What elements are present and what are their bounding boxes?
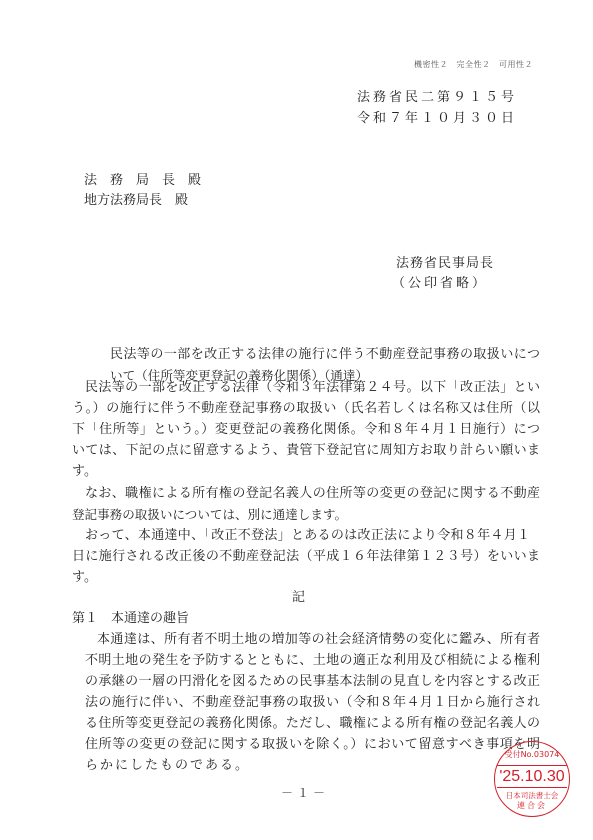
stamp-organization-suffix: 連合会 — [495, 800, 569, 811]
addressee-district-bureau: 地方法務局長 殿 — [84, 193, 188, 208]
document-number: 法務省民二第９１５号 — [357, 90, 517, 105]
section-1-line: 住所等の変更の登記に関する取扱いを除く。）において留意すべき事項を明 — [85, 737, 540, 752]
section-1-heading: 第１ 本通達の趣旨 — [72, 611, 189, 626]
body-line: いては、下記の点に留意するよう、貴管下登記官に周知方お取り計らい願いま — [72, 443, 540, 458]
document-title-line: 民法等の一部を改正する法律の施行に伴う不動産登記事務の取扱いにつ — [110, 347, 540, 362]
sender-name: 法務省民事局長 — [396, 256, 494, 271]
body-line: なお、職権による所有権の登記名義人の住所等の変更の登記に関する不動産 — [85, 486, 540, 501]
page-number: －１－ — [281, 784, 329, 801]
stamp-receipt-number: 受付No.03074 — [495, 749, 569, 760]
body-line: う。）の施行に伴う不動産登記事務の取扱い（氏名若しくは名称又は住所（以 — [72, 401, 540, 416]
body-line: 登記事務の取扱いについては、別に通達します。 — [72, 507, 347, 522]
body-line: す。 — [72, 570, 97, 585]
addressee-legal-affairs-bureau: 法 務 局 長 殿 — [84, 173, 201, 188]
body-line: 民法等の一部を改正する法律（令和３年法律第２４号。以下「改正法」とい — [85, 380, 540, 395]
body-line: 日に施行される改正後の不動産登記法（平成１６年法律第１２３号）をいいま — [72, 549, 540, 564]
document-date: 令和７年１０月３０日 — [357, 111, 517, 126]
section-1-line: る住所等変更登記の義務化関係。ただし、職権による所有権の登記名義人の — [85, 716, 540, 731]
section-1-line: 不明土地の発生を予防するとともに、土地の適正な利用及び相続による権利 — [85, 653, 540, 668]
section-1-line: 法の施行に伴い、不動産登記事務の取扱い（令和８年４月１日から施行され — [85, 695, 540, 710]
section-1-line: の承継の一層の円滑化を図るための民事基本法制の見直しを内容とする改正 — [85, 674, 540, 689]
seal-omitted-note: （公印省略） — [392, 276, 488, 291]
body-line: 下「住所等」という。）変更登記の義務化関係。令和８年４月１日施行）につ — [72, 422, 540, 437]
ki-heading: 記 — [292, 590, 305, 605]
stamp-date: '25.10.30 — [497, 765, 567, 788]
section-1-line: 本通達は、所有者不明土地の増加等の社会経済情勢の変化に鑑み、所有者 — [97, 632, 540, 647]
classification-label: 機密性２ 完全性２ 可用性２ — [414, 59, 533, 70]
body-line: す。 — [72, 464, 97, 479]
section-1-line: らかにしたものである。 — [85, 758, 250, 773]
body-line: おって、本通達中、「改正不登法」とあるのは改正法により令和８年４月１ — [85, 528, 530, 543]
receipt-stamp: 受付No.03074 '25.10.30 日本司法書士会 連合会 — [494, 741, 570, 817]
